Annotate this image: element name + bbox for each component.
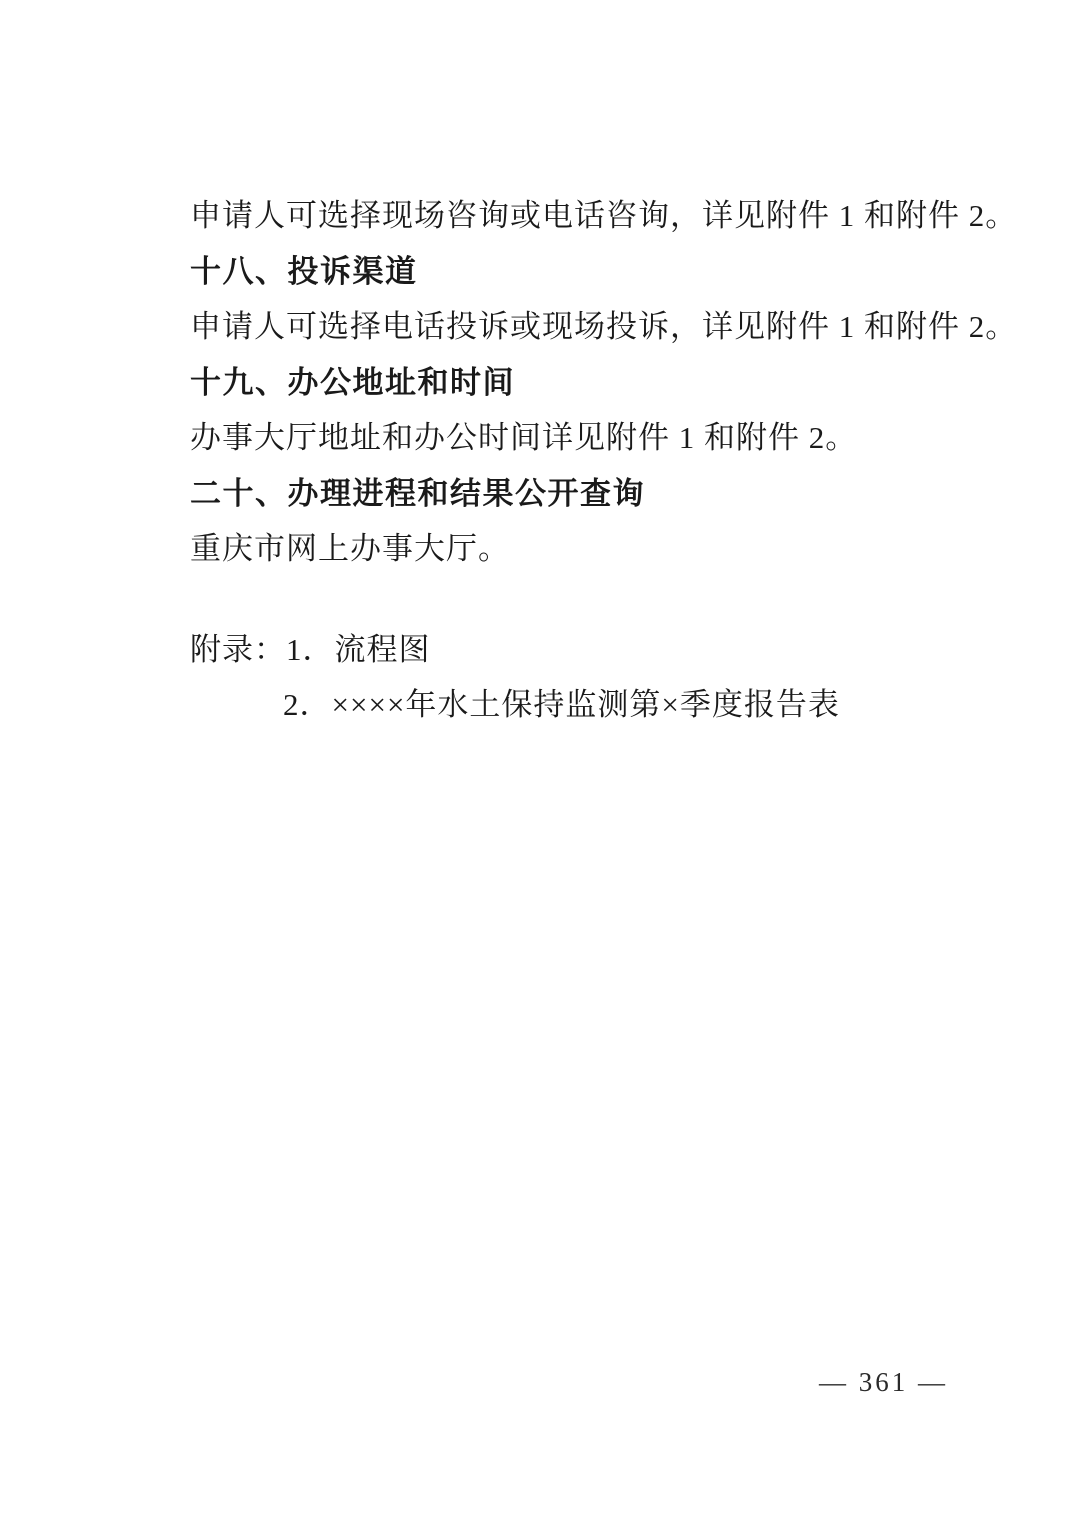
section-heading-19-office-address: 十九、办公地址和时间 (190, 352, 980, 408)
body-paragraph-consultation: 申请人可选择现场咨询或电话咨询，详见附件 1 和附件 2。 (190, 185, 980, 241)
page-number: — 361 — (819, 1367, 948, 1398)
appendix-line-2: 2．××××年水土保持监测第×季度报告表 (190, 674, 980, 730)
document-content: 申请人可选择现场咨询或电话咨询，详见附件 1 和附件 2。 十八、投诉渠道 申请… (190, 185, 980, 730)
section-heading-18-complaint-channel: 十八、投诉渠道 (190, 241, 980, 297)
appendix-item-quarterly-report: 2．××××年水土保持监测第×季度报告表 (283, 679, 840, 724)
blank-line-spacer (190, 574, 980, 619)
body-paragraph-complaint: 申请人可选择电话投诉或现场投诉，详见附件 1 和附件 2。 (190, 296, 980, 352)
document-page: 申请人可选择现场咨询或电话咨询，详见附件 1 和附件 2。 十八、投诉渠道 申请… (0, 0, 1075, 1519)
appendix-item-flowchart: 1．流程图 (286, 624, 431, 669)
body-paragraph-office: 办事大厅地址和办公时间详见附件 1 和附件 2。 (190, 407, 980, 463)
appendix-label: 附录： (190, 624, 286, 669)
appendix-line-1: 附录：1．流程图 (190, 619, 980, 675)
body-paragraph-query: 重庆市网上办事大厅。 (190, 518, 980, 574)
section-heading-20-progress-query: 二十、办理进程和结果公开查询 (190, 463, 980, 519)
